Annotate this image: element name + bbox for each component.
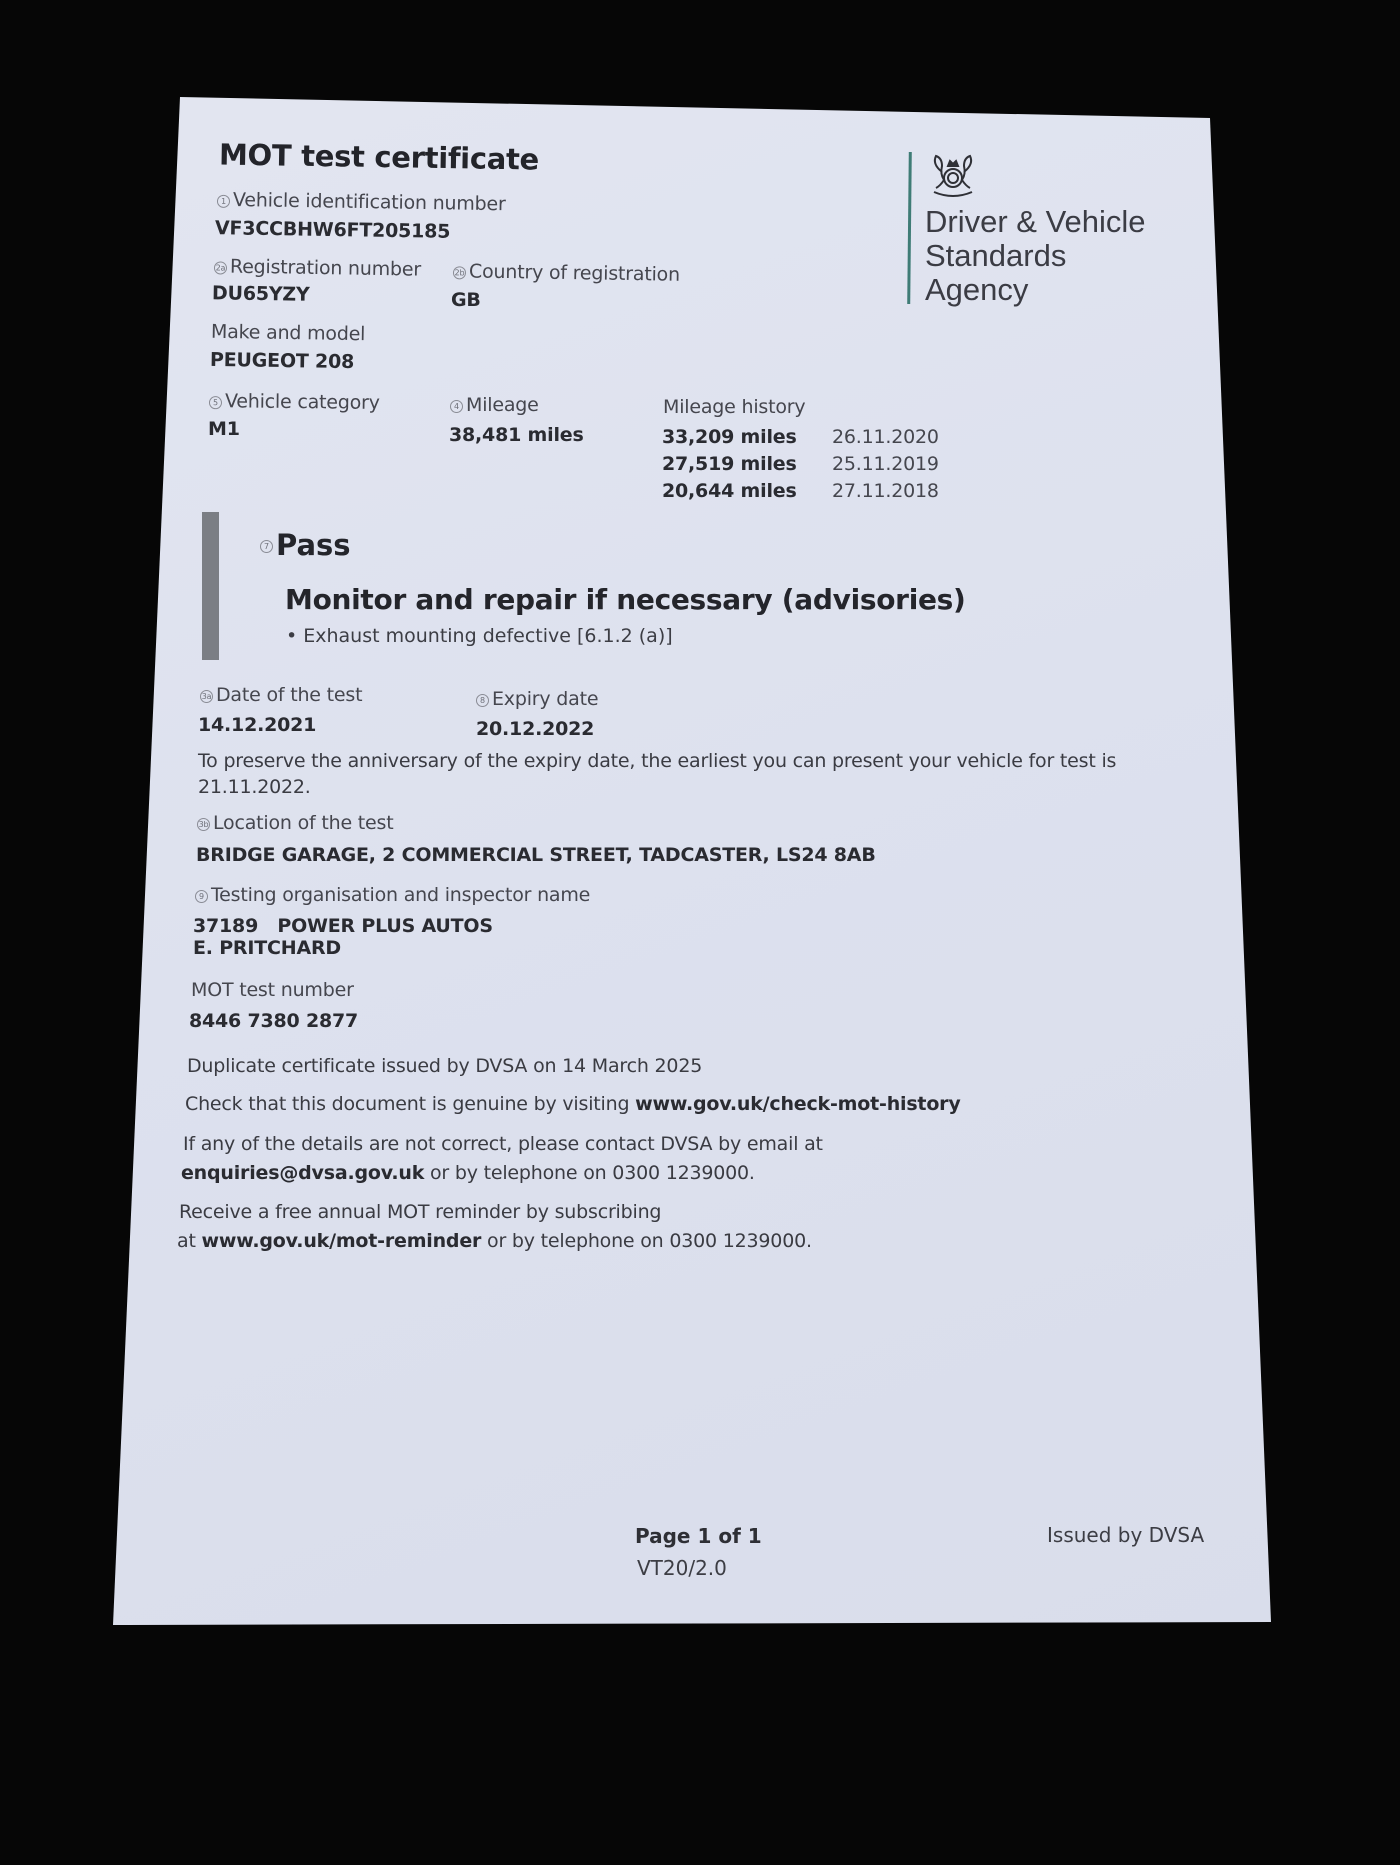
agency-line-1: Driver & Vehicle <box>925 205 1146 239</box>
field-number-badge: 3b <box>197 818 210 831</box>
mot-reminder-link[interactable]: www.gov.uk/mot-reminder <box>202 1230 482 1252</box>
field-number-badge: 3a <box>200 690 213 703</box>
field-number-badge: 1 <box>217 195 230 208</box>
check-genuine-note: Check that this document is genuine by v… <box>185 1093 961 1115</box>
preserve-note-line-1: To preserve the anniversary of the expir… <box>198 750 1116 772</box>
location-label-text: Location of the test <box>213 812 393 834</box>
issued-by: Issued by DVSA <box>1047 1523 1204 1547</box>
field-number-badge: 9 <box>195 890 208 903</box>
vin-value: VF3CCBHW6FT205185 <box>215 217 451 243</box>
registration-label: 2aRegistration number <box>214 255 421 280</box>
testing-org-label-text: Testing organisation and inspector name <box>211 884 590 906</box>
email-link[interactable]: enquiries@dvsa.gov.uk <box>181 1162 424 1184</box>
mileage-label: 4Mileage <box>450 394 539 416</box>
result-status: 7Pass <box>260 528 351 562</box>
mileage-history-date: 26.11.2020 <box>832 426 939 448</box>
page-title: MOT test certificate <box>219 137 539 176</box>
agency-line-3: Agency <box>925 273 1146 307</box>
inspector-name: E. PRITCHARD <box>193 937 341 959</box>
category-label: 5Vehicle category <box>209 390 380 414</box>
advisory-heading: Monitor and repair if necessary (advisor… <box>285 583 966 616</box>
testing-org-value: 37189 POWER PLUS AUTOS <box>193 915 493 937</box>
location-value: BRIDGE GARAGE, 2 COMMERCIAL STREET, TADC… <box>196 844 876 866</box>
category-label-text: Vehicle category <box>225 390 380 414</box>
expiry-date-label-text: Expiry date <box>492 688 598 710</box>
page-number: Page 1 of 1 <box>635 1524 762 1548</box>
contact-suffix: or by telephone on 0300 1239000. <box>424 1162 755 1184</box>
registration-label-text: Registration number <box>230 256 421 281</box>
mileage-history-miles: 33,209 miles <box>662 426 797 448</box>
category-value: M1 <box>208 418 240 440</box>
reminder-note-line-2: at www.gov.uk/mot-reminder or by telepho… <box>177 1230 812 1252</box>
make-model-label: Make and model <box>211 321 366 345</box>
duplicate-note: Duplicate certificate issued by DVSA on … <box>187 1055 702 1077</box>
field-number-badge: 5 <box>209 396 222 409</box>
agency-logo-text: Driver & Vehicle Standards Agency <box>925 205 1146 307</box>
agency-line-2: Standards <box>925 239 1146 273</box>
mileage-label-text: Mileage <box>466 394 539 416</box>
check-mot-history-link[interactable]: www.gov.uk/check-mot-history <box>635 1093 960 1115</box>
test-date-label: 3aDate of the test <box>200 684 362 706</box>
royal-coat-of-arms-icon <box>922 152 984 200</box>
test-number-value: 8446 7380 2877 <box>189 1010 358 1032</box>
field-number-badge: 8 <box>476 694 489 707</box>
mileage-history-label: Mileage history <box>663 396 805 418</box>
reminder-prefix: at <box>177 1230 202 1252</box>
mileage-history-date: 27.11.2018 <box>832 480 939 502</box>
mileage-history-date: 25.11.2019 <box>832 453 939 475</box>
result-status-bar <box>202 512 219 660</box>
expiry-date-value: 20.12.2022 <box>476 718 594 740</box>
field-number-badge: 7 <box>260 540 273 553</box>
advisory-item: • Exhaust mounting defective [6.1.2 (a)] <box>286 625 673 647</box>
test-date-label-text: Date of the test <box>216 684 362 706</box>
country-label-text: Country of registration <box>469 260 680 285</box>
result-status-text: Pass <box>276 528 351 562</box>
location-label: 3bLocation of the test <box>197 812 393 834</box>
reminder-suffix: or by telephone on 0300 1239000. <box>481 1230 812 1252</box>
contact-note-line-1: If any of the details are not correct, p… <box>183 1133 823 1155</box>
preserve-note-line-2: 21.11.2022. <box>198 776 311 798</box>
registration-value: DU65YZY <box>212 282 310 306</box>
mileage-history-miles: 20,644 miles <box>662 480 797 502</box>
vin-label-text: Vehicle identification number <box>233 189 506 215</box>
field-number-badge: 2b <box>453 266 466 279</box>
test-date-value: 14.12.2021 <box>198 714 316 736</box>
reminder-note-line-1: Receive a free annual MOT reminder by su… <box>179 1201 661 1223</box>
field-number-badge: 2a <box>214 261 227 274</box>
contact-note-line-2: enquiries@dvsa.gov.uk or by telephone on… <box>181 1162 755 1184</box>
vin-label: 1Vehicle identification number <box>217 189 506 216</box>
country-value: GB <box>451 289 481 311</box>
testing-org-label: 9Testing organisation and inspector name <box>195 884 590 906</box>
country-label: 2bCountry of registration <box>453 260 680 286</box>
mileage-value: 38,481 miles <box>449 424 584 446</box>
form-code: VT20/2.0 <box>637 1556 727 1580</box>
test-number-label: MOT test number <box>191 979 354 1001</box>
make-model-value: PEUGEOT 208 <box>210 349 354 373</box>
expiry-date-label: 8Expiry date <box>476 688 598 710</box>
check-prefix: Check that this document is genuine by v… <box>185 1093 635 1115</box>
advisory-item-text: Exhaust mounting defective [6.1.2 (a)] <box>303 625 672 647</box>
field-number-badge: 4 <box>450 400 463 413</box>
mileage-history-miles: 27,519 miles <box>662 453 797 475</box>
